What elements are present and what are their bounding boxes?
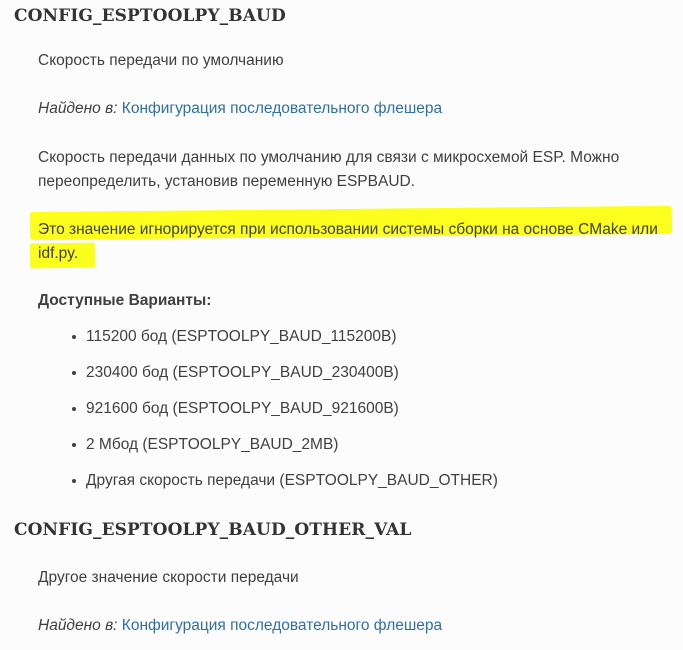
description-line-2: переопределить, установив переменную ESP…: [38, 170, 415, 194]
list-item: Другая скорость передачи (ESPTOOLPY_BAUD…: [72, 469, 484, 493]
found-in-label: Найдено в:: [38, 617, 117, 634]
list-item: 230400 бод (ESPTOOLPY_BAUD_230400B): [72, 361, 385, 385]
description-line-1: Скорость передачи данных по умолчанию дл…: [38, 146, 619, 170]
list-item: 115200 бод (ESPTOOLPY_BAUD_115200B): [72, 325, 383, 349]
list-item: 2 Мбод (ESPTOOLPY_BAUD_2MB): [72, 433, 324, 457]
bullet-icon: [72, 443, 76, 447]
found-in-link[interactable]: Конфигурация последовательного флешера: [122, 100, 442, 117]
config-title: CONFIG_ESPTOOLPY_BAUD_OTHER_VAL: [14, 520, 411, 540]
found-in-label: Найдено в:: [38, 100, 117, 117]
note-line-2: idf.py.: [38, 242, 78, 266]
config-summary: Скорость передачи по умолчанию: [38, 49, 284, 73]
bullet-icon: [72, 335, 76, 339]
config-summary: Другое значение скорости передачи: [38, 566, 299, 590]
found-in: Найдено в: Конфигурация последовательног…: [38, 97, 442, 121]
config-title: CONFIG_ESPTOOLPY_BAUD: [14, 6, 286, 26]
found-in-link[interactable]: Конфигурация последовательного флешера: [122, 617, 442, 634]
bullet-icon: [72, 407, 76, 411]
list-item: 921600 бод (ESPTOOLPY_BAUD_921600B): [72, 397, 385, 421]
bullet-icon: [72, 479, 76, 483]
options-title: Доступные Варианты:: [38, 289, 211, 313]
found-in: Найдено в: Конфигурация последовательног…: [38, 614, 442, 638]
note-line-1: Это значение игнорируется при использова…: [38, 218, 658, 242]
bullet-icon: [72, 371, 76, 375]
